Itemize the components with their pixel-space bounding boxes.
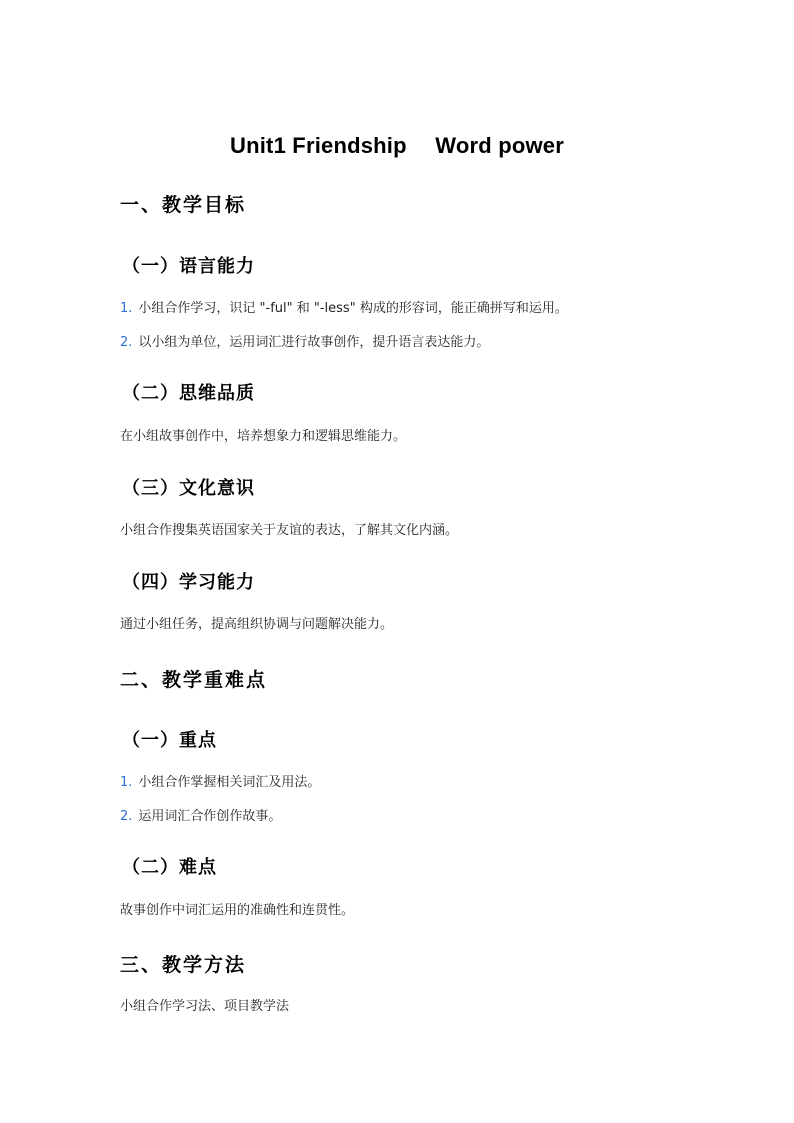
paragraph: 小组合作学习法、项目教学法	[120, 995, 289, 1014]
subsection-heading-culture: （三）文化意识	[122, 474, 255, 500]
section-heading-objectives: 一、教学目标	[120, 190, 246, 217]
subsection-heading-learning: （四）学习能力	[122, 568, 255, 594]
paragraph: 小组合作搜集英语国家关于友谊的表达，了解其文化内涵。	[120, 519, 458, 538]
section-heading-methods: 三、教学方法	[120, 950, 246, 977]
list-item: 1.小组合作学习，识记 "-ful" 和 "-less" 构成的形容词，能正确拼…	[120, 297, 568, 316]
subsection-heading-thinking: （二）思维品质	[122, 379, 255, 405]
paragraph: 故事创作中词汇运用的准确性和连贯性。	[120, 899, 354, 918]
list-number: 1.	[120, 775, 132, 790]
list-item: 1.小组合作掌握相关词汇及用法。	[120, 771, 320, 790]
list-text: 以小组为单位，运用词汇进行故事创作，提升语言表达能力。	[138, 335, 489, 350]
list-text: 运用词汇合作创作故事。	[138, 809, 281, 824]
list-number: 1.	[120, 301, 132, 316]
list-text: 小组合作掌握相关词汇及用法。	[138, 775, 320, 790]
paragraph: 通过小组任务，提高组织协调与问题解决能力。	[120, 613, 393, 632]
document-title: Unit1 Friendship Word power	[0, 129, 794, 160]
subsection-heading-language: （一）语言能力	[122, 252, 255, 278]
subsection-heading-key: （一）重点	[122, 726, 217, 752]
list-item: 2.运用词汇合作创作故事。	[120, 805, 281, 824]
paragraph: 在小组故事创作中，培养想象力和逻辑思维能力。	[120, 425, 406, 444]
section-heading-key-points: 二、教学重难点	[120, 665, 267, 692]
list-text: 小组合作学习，识记 "-ful" 和 "-less" 构成的形容词，能正确拼写和…	[138, 301, 567, 316]
subsection-heading-difficulty: （二）难点	[122, 853, 217, 879]
list-item: 2.以小组为单位，运用词汇进行故事创作，提升语言表达能力。	[120, 331, 489, 350]
list-number: 2.	[120, 335, 132, 350]
list-number: 2.	[120, 809, 132, 824]
